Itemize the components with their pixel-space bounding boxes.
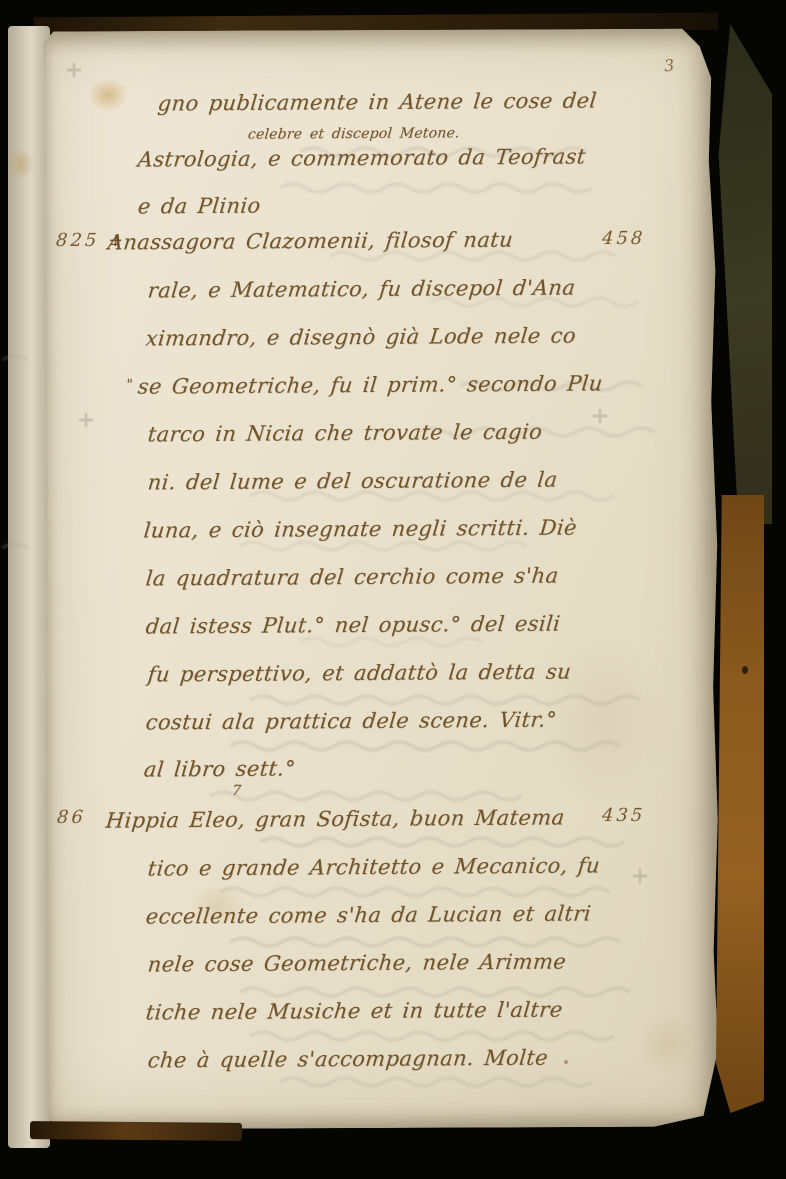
- manuscript-line: Astrologia, e commemorato da Teofrast: [137, 144, 587, 171]
- manuscript-line: costui ala prattica dele scene. Vitr.°: [145, 708, 558, 735]
- manuscript-line: e da Plinio: [137, 194, 262, 219]
- manuscript-line: tarco in Nicia che trovate le cagio: [147, 420, 544, 447]
- marginal-number-left: 825 +: [55, 230, 127, 251]
- manuscript-line: rale, e Matematico, fu discepol d'Ana: [147, 276, 577, 303]
- book-cover-olive-edge: [714, 24, 772, 524]
- manuscript-line: 7: [231, 783, 242, 799]
- manuscript-line: luna, e ciò insegnate negli scritti. Diè: [143, 515, 578, 542]
- manuscript-line: nele cose Geometriche, nele Arimme: [147, 950, 568, 977]
- manuscript-line: al libro sett.°: [143, 756, 297, 781]
- manuscript-line: fu perspettivo, et addattò la detta su: [147, 660, 573, 687]
- marginal-number-right: 458: [601, 228, 646, 249]
- manuscript-line: la quadratura del cerchio come s'ha: [145, 564, 560, 591]
- binding-bottom-edge: [30, 1121, 242, 1141]
- manuscript-line: se Geometriche, fu il prim.° secondo Plu: [137, 371, 604, 398]
- marginal-number-right: 435: [601, 805, 646, 826]
- manuscript-line: ni. del lume e del oscuratione de la: [147, 468, 559, 495]
- manuscript-line: Anassagora Clazomenii, filosof natu: [107, 228, 515, 255]
- manuscript-line: tico e grande Architetto e Mecanico, fu: [147, 853, 602, 880]
- manuscript-line: dal istess Plut.° nel opusc.° del esili: [145, 612, 562, 639]
- manuscript-line: che à quelle s'accompagnan. Molte: [147, 1046, 550, 1073]
- manuscript-line: eccellente come s'ha da Lucian et altri: [145, 901, 593, 928]
- marginal-number-left: 86: [56, 807, 86, 828]
- book-cover-leather-edge: [716, 495, 764, 1113]
- manuscript-line: celebre et discepol Metone.: [247, 125, 460, 142]
- manuscript-line: tiche nele Musiche et in tutte l'altre: [145, 998, 564, 1025]
- folio-number: 3: [663, 56, 675, 76]
- manuscript-photo: gno publicamente in Atene le cose delcel…: [0, 0, 786, 1179]
- manuscript-line: ": [125, 377, 133, 393]
- underlying-page-edge: [8, 26, 50, 1148]
- manuscript-line: ximandro, e disegnò già Lode nele co: [145, 323, 577, 350]
- manuscript-line: Hippia Eleo, gran Sofista, buon Matema: [105, 805, 566, 832]
- manuscript-line: gno publicamente in Atene le cose del: [157, 88, 598, 115]
